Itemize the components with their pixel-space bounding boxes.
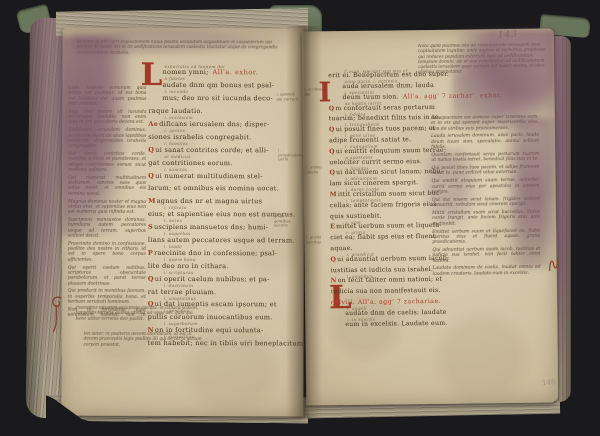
manuscript-text-line: exhortatio ad laudem deinomen ymni;All'a… — [149, 64, 301, 77]
gloss-paragraph: Mittit cristallum suam sicut buccellas. … — [432, 210, 540, 227]
binding-corner-top-left — [16, 3, 53, 34]
corner-pencil-mark: 148 — [542, 378, 556, 387]
gloss-paragraph: Laudate dominum de caelis. inuitat omnia… — [433, 265, 541, 277]
manuscript-text-line: i. doctrinamrat terrae pluuiam. — [148, 283, 300, 296]
top-marginal-note: Require in fine libri expositionem huius… — [77, 40, 289, 55]
marginal-paraph-flourish — [50, 294, 64, 334]
folio-number: 143 — [498, 30, 519, 41]
gloss-paragraph: Qui dat niuem sicut lanam. frigidos scil… — [432, 196, 540, 208]
left-page: Require in fine libri expositionem huius… — [61, 28, 304, 417]
manuscript-text-line: i. laudePraecinite dno in confessione; p… — [148, 244, 300, 257]
gloss-paragraph: Aedificans ierusalem dominus. ecclesiam … — [68, 128, 146, 149]
gloss-paragraph: Qui numerat multitudinem stellarum. sanc… — [68, 175, 146, 196]
gloss-paragraph: Aug. deo nostro sit iucunda decoraque la… — [68, 109, 146, 125]
gloss-paragraph: Qui sanat contritos corde. humiles scili… — [68, 152, 146, 173]
gloss-paragraph: Qui operit caelum nubibus. scripturas ob… — [68, 265, 146, 286]
gloss-paragraph: Lauda ierusalem dominum. uisio pacis. la… — [431, 133, 539, 150]
manuscript-text-line: i. in sanctiseum in excelsis. Laudate eu… — [331, 316, 441, 328]
gloss-paragraph: Praecinite domino in confessione. psalli… — [68, 241, 146, 262]
manuscript-text-line: i. opere bonolite deo nro in cithara. — [148, 257, 300, 270]
marginal-commentary-column: Cass. laudate dominum quia bonus est psa… — [68, 86, 147, 318]
marginal-commentary-column: Beneplacitum est domino super timentes e… — [431, 115, 542, 350]
gloss-paragraph: Qui emittit eloquium suum terrae. ueloci… — [432, 178, 540, 195]
bottom-note: Psallamus uitiorum uoluptate calcata. in… — [76, 306, 204, 330]
gloss-paragraph: Qui posuit fines tuos pacem. et adipe fr… — [431, 165, 539, 177]
gloss-paragraph: Qui adnuntiat uerbum suum iacob. iustiti… — [432, 247, 540, 264]
main-text-column: t' eum. sperant sup mia ei'erit ei. Bene… — [328, 68, 441, 328]
manuscript-text-line: i. scripturasQui operit caelum nubibus; … — [148, 270, 300, 283]
right-page: 143 Nota quod psalmus iste de restaurati… — [302, 28, 559, 405]
bottom-note: Vel aliter. in psalterio decem chordarum… — [84, 332, 204, 352]
gutter-shadow — [286, 26, 322, 418]
manuscript-text-line: Magnus dns nr et magna uirtus — [148, 193, 300, 206]
gloss-paragraph: Quoniam confortauit seras portarum tuaru… — [431, 152, 539, 164]
manuscript-text-line: larum; et omnibus eis nomina uocat. — [148, 180, 300, 193]
marginal-paraph-mark — [547, 254, 559, 274]
manuscript-text-line: o fidelesaudate dnm qm bonus est psal- — [148, 77, 300, 90]
manuscript-photograph: Require in fine libri expositionem huius… — [0, 0, 600, 436]
gloss-paragraph: Suscipiens mansuetos dominus. humilians … — [68, 218, 146, 239]
gloss-paragraph: Magnus dominus noster et magna uirtus ei… — [68, 199, 146, 215]
gloss-paragraph: Emittet uerbum suum et liquefaciet ea. f… — [432, 228, 540, 245]
manuscript-text-line: i. gentessiones israhelis congregabit. — [148, 128, 300, 141]
gloss-paragraph: Qui producit in montibus faenum. in supe… — [68, 289, 146, 305]
gloss-paragraph: Beneplacitum est domino super timentes e… — [431, 115, 539, 132]
gloss-paragraph: Cass. laudate dominum quia bonus est psa… — [68, 86, 146, 107]
